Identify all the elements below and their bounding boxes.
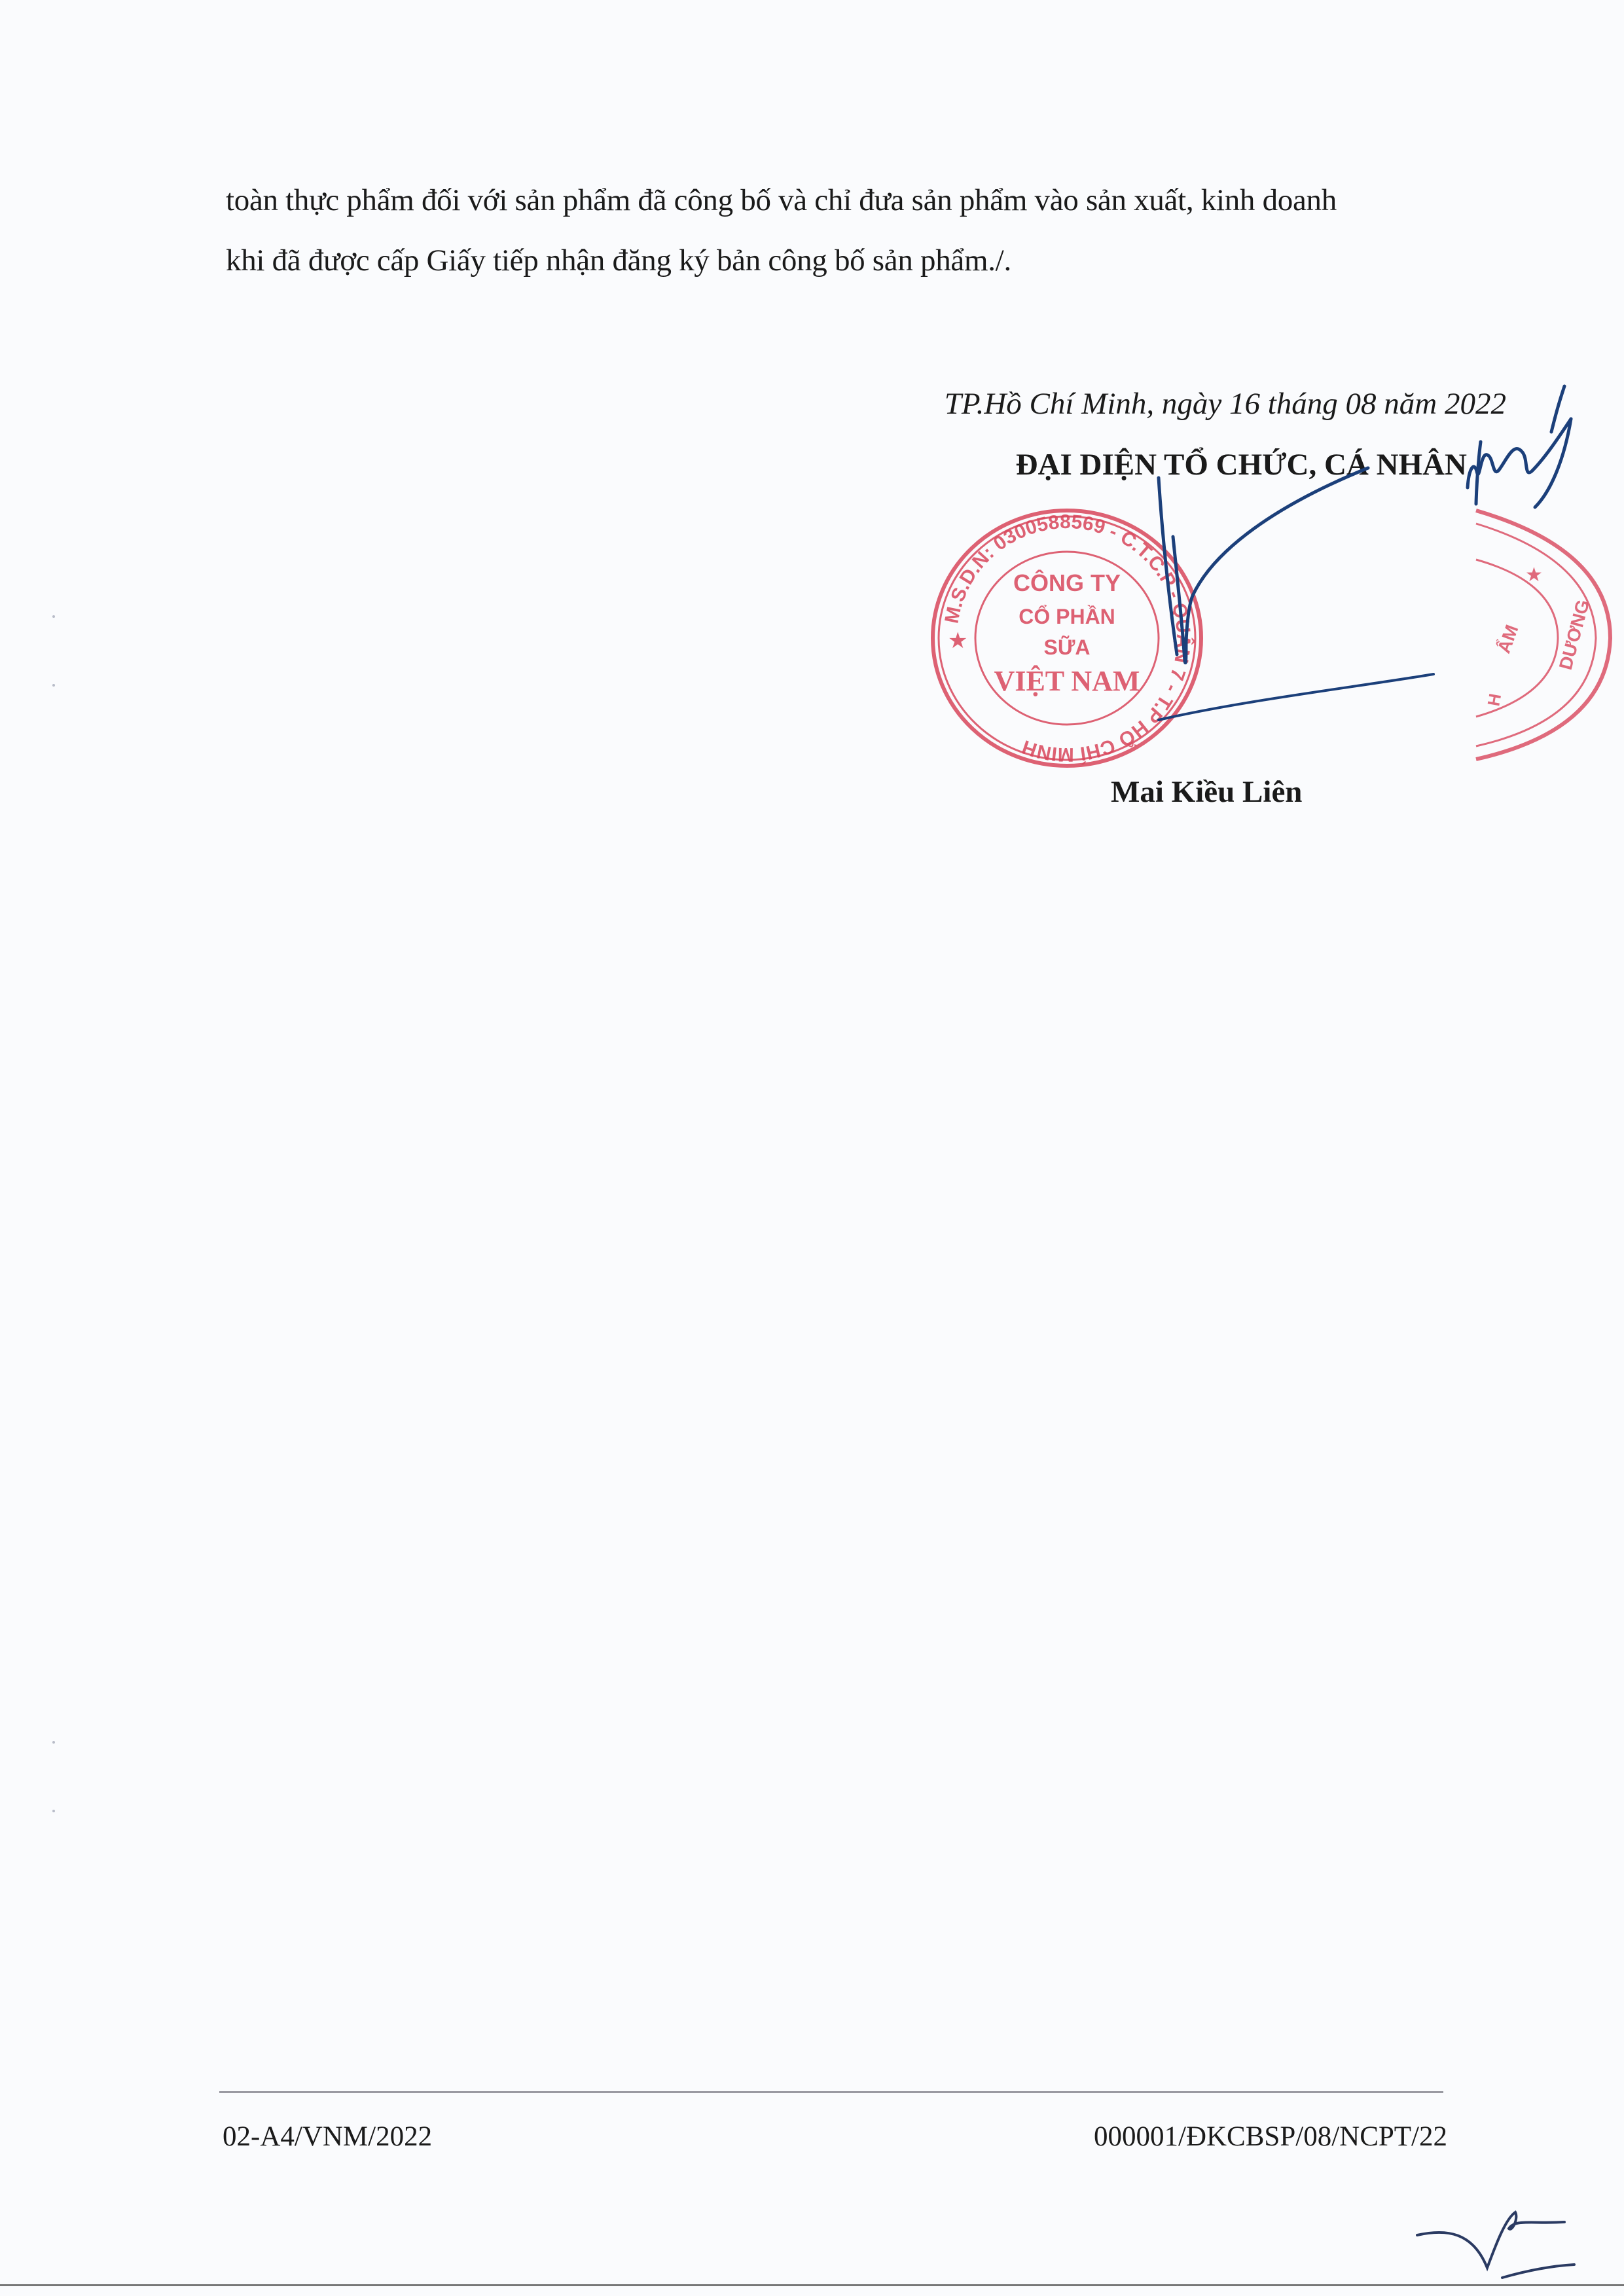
signature-fragment-icon bbox=[1375, 2206, 1623, 2284]
body-text-line-2: khi đã được cấp Giấy tiếp nhận đăng ký b… bbox=[226, 245, 1011, 276]
svg-text:SỮA: SỮA bbox=[1044, 636, 1091, 659]
body-text-line-1: toàn thực phẩm đối với sản phẩm đã công … bbox=[226, 185, 1337, 216]
signature-icon bbox=[1146, 380, 1591, 740]
footer-divider bbox=[219, 2091, 1443, 2093]
svg-text:CỔ PHẦN: CỔ PHẦN bbox=[1019, 605, 1115, 628]
scan-artifact bbox=[52, 1741, 55, 1744]
signer-name: Mai Kiều Liên bbox=[1111, 774, 1302, 810]
scan-artifact bbox=[52, 684, 55, 687]
svg-text:★: ★ bbox=[948, 628, 967, 654]
footer-form-code: 02-A4/VNM/2022 bbox=[223, 2121, 432, 2153]
footer-registration-number: 000001/ĐKCBSP/08/NCPT/22 bbox=[1094, 2121, 1447, 2153]
svg-text:VIỆT NAM: VIỆT NAM bbox=[994, 665, 1140, 697]
page-bottom-edge bbox=[0, 2284, 1624, 2286]
svg-text:CÔNG TY: CÔNG TY bbox=[1013, 569, 1121, 596]
scan-artifact bbox=[52, 615, 55, 618]
scan-artifact bbox=[52, 1810, 55, 1812]
